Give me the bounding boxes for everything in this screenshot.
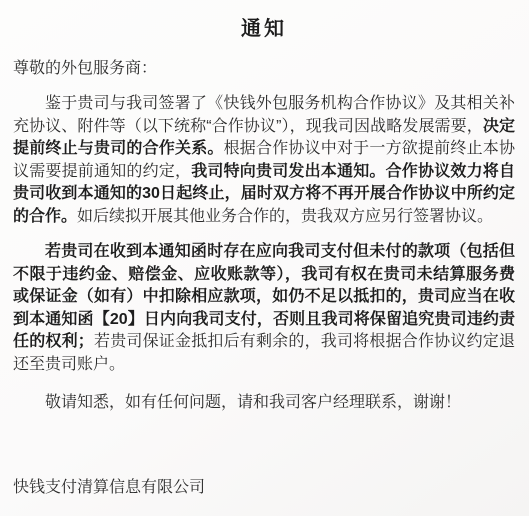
- text-segment: 鉴于贵司与我司签署了《快钱外包服务机构合作协议》及其相关补充协议、附件等（以下统…: [13, 95, 515, 135]
- notice-paragraph: 敬请知悉，如有任何问题，请和我司客户经理联系，谢谢！: [13, 392, 515, 415]
- company-signature: 快钱支付清算信息有限公司: [13, 477, 515, 499]
- notice-title: 通知: [13, 15, 515, 43]
- salutation: 尊敬的外包服务商：: [13, 58, 515, 80]
- notice-body: 鉴于贵司与我司签署了《快钱外包服务机构合作协议》及其相关补充协议、附件等（以下统…: [13, 93, 515, 415]
- text-segment: 敬请知悉，如有任何问题，请和我司客户经理联系，谢谢！: [45, 394, 461, 411]
- text-segment: 如后续拟开展其他业务合作的，贵我双方应另行签署协议。: [77, 208, 493, 225]
- notice-document: 通知 尊敬的外包服务商： 鉴于贵司与我司签署了《快钱外包服务机构合作协议》及其相…: [0, 0, 529, 516]
- notice-paragraph: 若贵司在收到本通知函时存在应向我司支付但未付的款项（包括但不限于违约金、赔偿金、…: [13, 241, 515, 376]
- notice-paragraph: 鉴于贵司与我司签署了《快钱外包服务机构合作协议》及其相关补充协议、附件等（以下统…: [13, 93, 515, 228]
